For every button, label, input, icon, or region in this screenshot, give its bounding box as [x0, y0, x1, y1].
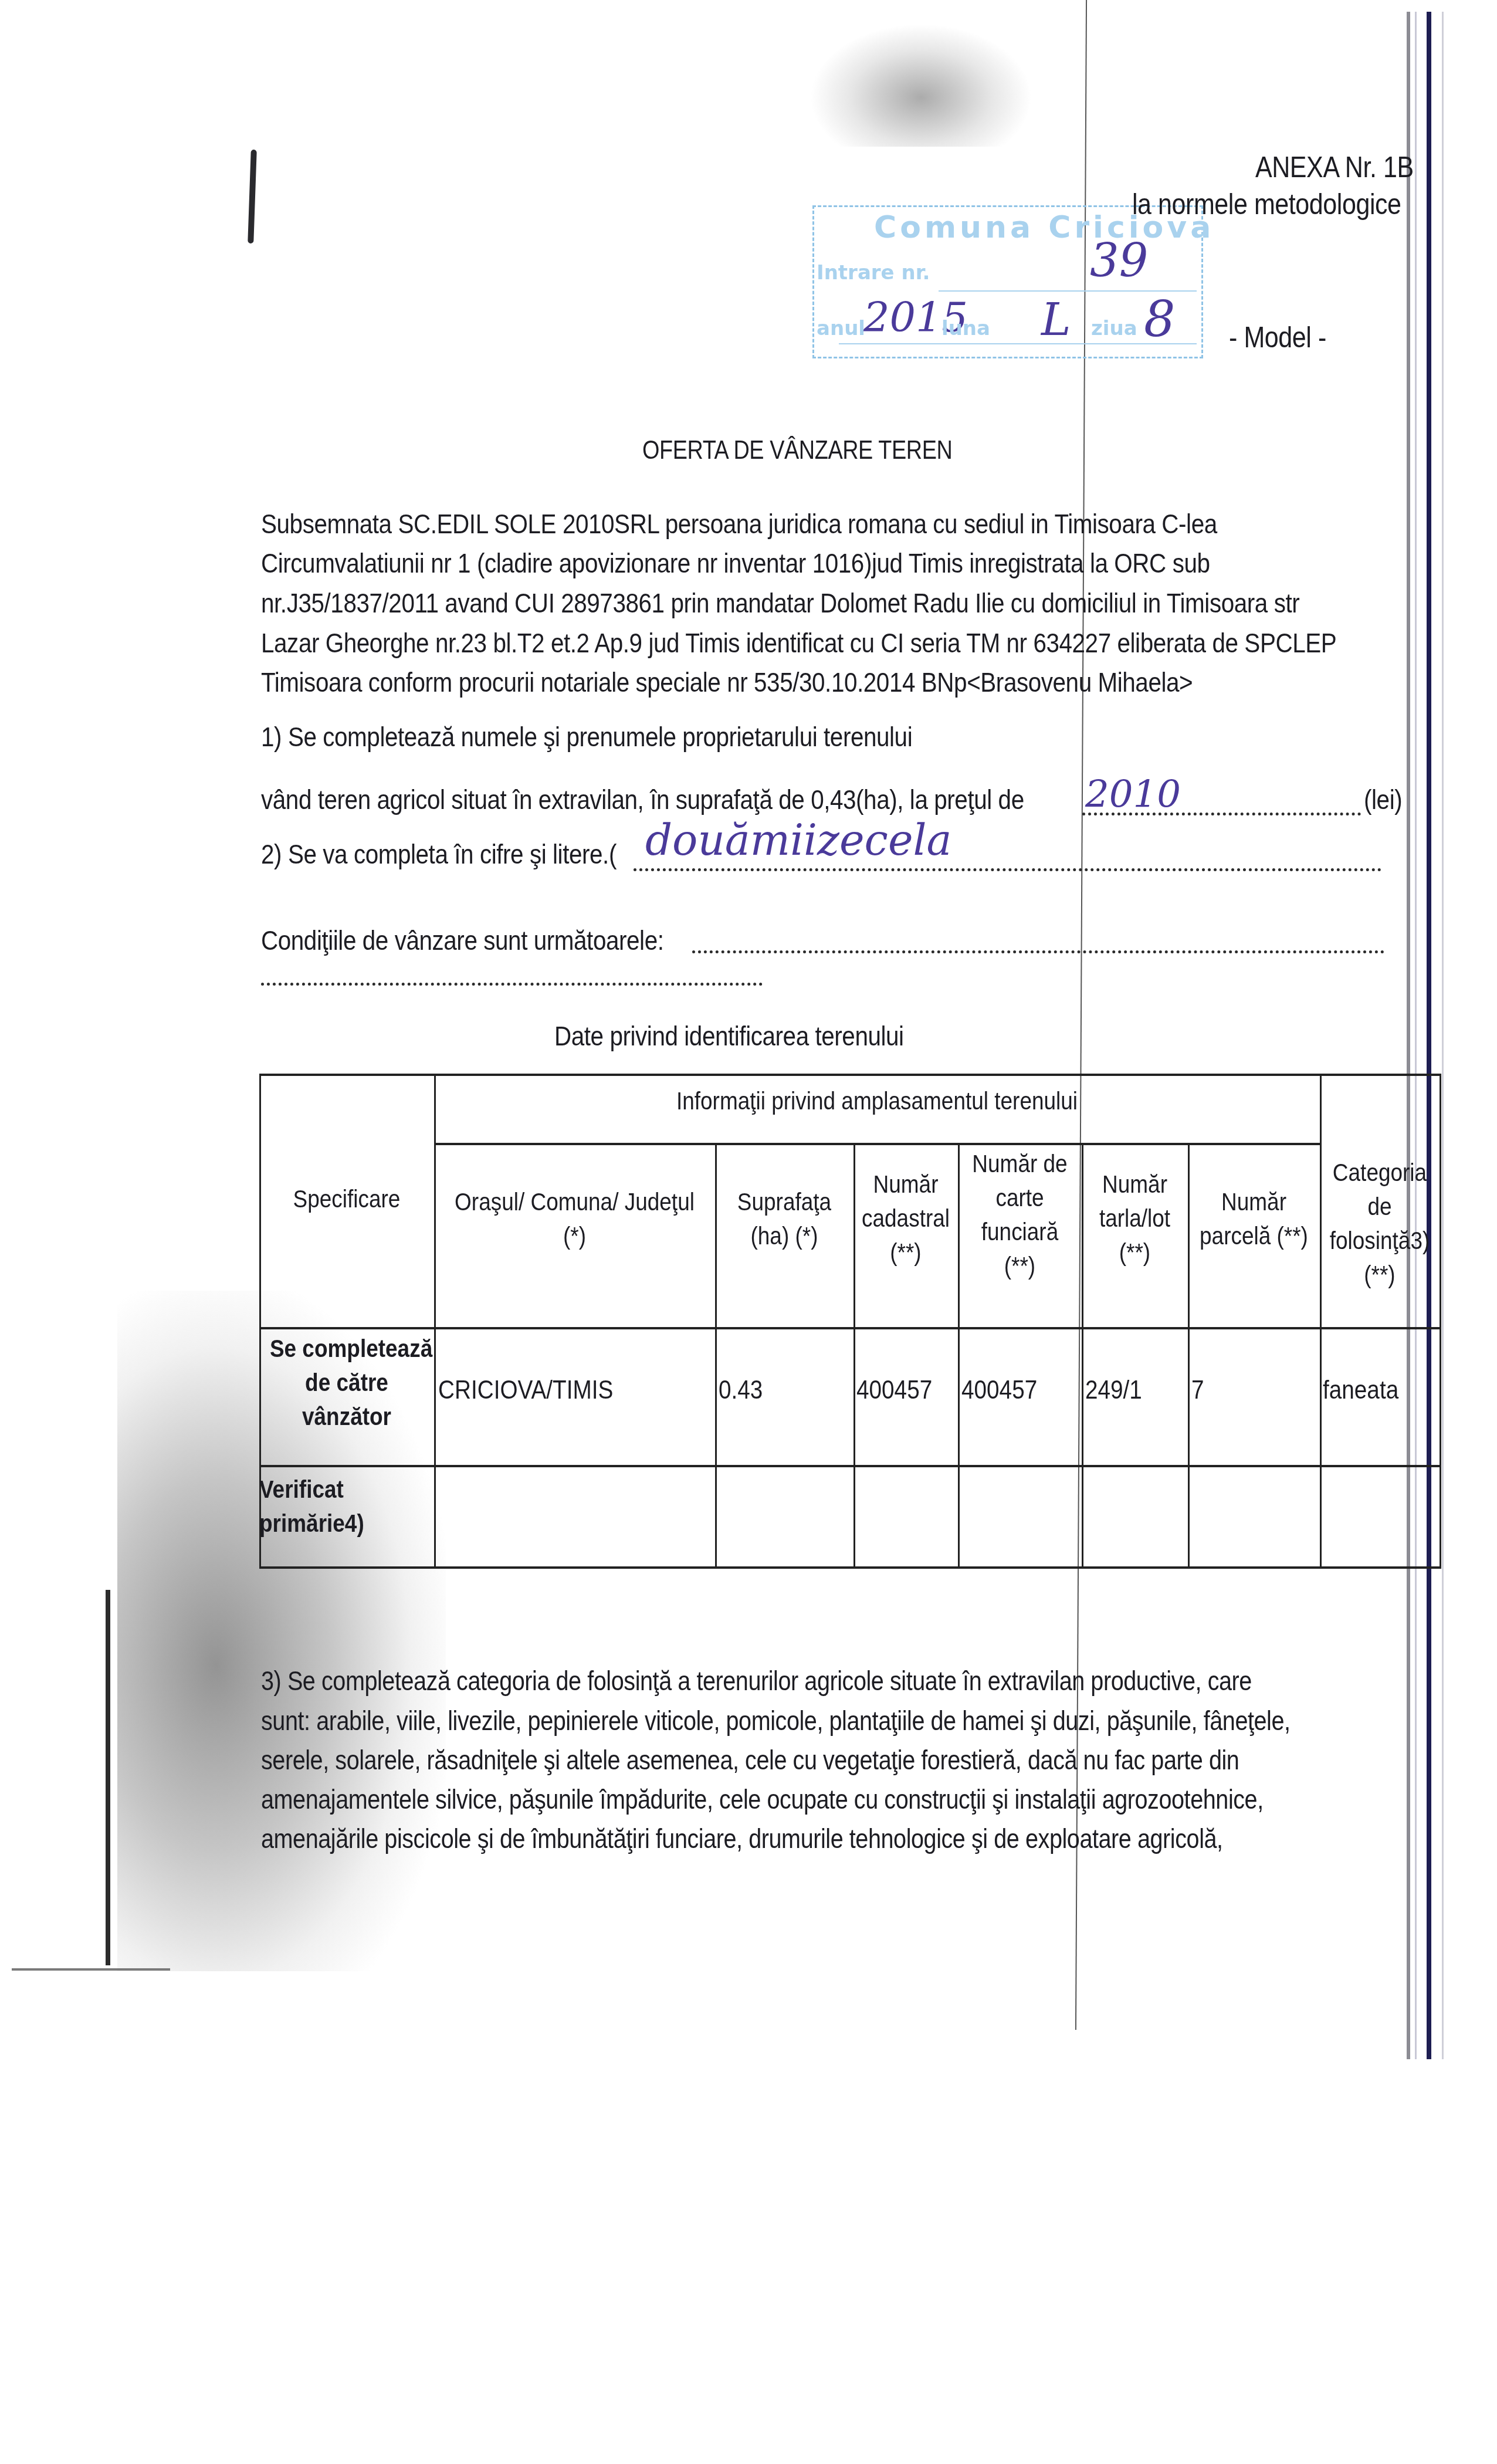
header-numar-parcela: Număr parcelă (**): [1196, 1185, 1312, 1253]
scan-edge-border: [1407, 12, 1410, 2059]
stamp-entry-label: Intrare nr.: [817, 261, 930, 285]
scan-edge-border: [1442, 12, 1444, 2059]
cell-carte-funciara[interactable]: 400457: [961, 1376, 1037, 1405]
price-words-field-dots: [634, 868, 1381, 871]
sale-statement: vând teren agricol situat în extravilan,…: [261, 783, 1024, 816]
scan-edge-bar: [106, 1590, 110, 1965]
row-label-verified: Verificat primărie4): [259, 1473, 373, 1541]
annex-subtitle: la normele metodologice: [1132, 187, 1401, 222]
annex-number: ANEXA Nr. 1B: [1255, 150, 1414, 185]
footnote-3-line: amenajamentele silvice, păşunile împădur…: [261, 1783, 1264, 1816]
table-border: [958, 1143, 960, 1568]
land-identification-table: Specificare Informaţii privind amplasame…: [259, 1074, 1441, 1568]
stamp-entry-number: 39: [1090, 235, 1148, 287]
cell-tarla-lot[interactable]: 249/1: [1085, 1376, 1142, 1405]
table-border: [259, 1074, 1441, 1076]
intro-line: Circumvalatiunii nr 1 (cladire apovizion…: [261, 547, 1210, 580]
intro-line: Lazar Gheorghe nr.23 bl.T2 et.2 Ap.9 jud…: [261, 627, 1336, 659]
cell-oras[interactable]: CRICIOVA/TIMIS: [438, 1376, 613, 1405]
table-border: [259, 1327, 1441, 1329]
header-categoria-folosinta: Categoria de folosinţă3) (**): [1327, 1156, 1432, 1292]
table-border: [715, 1143, 717, 1568]
intro-line: Subsemnata SC.EDIL SOLE 2010SRL persoana…: [261, 507, 1217, 540]
header-numar-cadastral: Număr cadastral (**): [860, 1167, 952, 1270]
header-numar-tarla-lot: Număr tarla/lot (**): [1088, 1167, 1181, 1270]
scan-bottom-edge: [12, 1968, 170, 1971]
stamp-day-label: ziua: [1091, 317, 1137, 340]
footnote-3-line: sunt: arabile, viile, livezile, pepinier…: [261, 1705, 1291, 1737]
footnote-3-line: serele, solarele, răsadniţele şi altele …: [261, 1744, 1239, 1776]
table-border: [1082, 1143, 1083, 1568]
table-border: [259, 1566, 1441, 1569]
price-currency: (lei): [1364, 783, 1402, 816]
table-border: [1440, 1074, 1441, 1568]
header-numar-carte-funciara: Număr de carte funciară (**): [966, 1147, 1075, 1283]
note-2: 2) Se va completa în cifre şi litere.(: [261, 838, 617, 871]
price-handwritten[interactable]: 2010: [1085, 773, 1181, 817]
stamp-month-label: luna: [941, 317, 990, 340]
header-suprafata: Suprafaţa (ha) (*): [723, 1185, 845, 1253]
table-border: [854, 1143, 855, 1568]
cell-numar-cadastral[interactable]: 400457: [856, 1376, 932, 1405]
scan-smudge-top: [810, 23, 1032, 147]
table-border: [434, 1074, 436, 1568]
conditions-field-dots[interactable]: [692, 950, 1384, 953]
cell-parcela[interactable]: 7: [1191, 1376, 1204, 1405]
stamp-year-label: anul: [817, 317, 865, 340]
section-title: Date privind identificarea terenului: [554, 1020, 904, 1052]
table-border: [434, 1143, 1320, 1145]
stamp-month: L: [1041, 293, 1071, 346]
stamp-rule: [839, 343, 1197, 344]
row-label-seller: Se completează de către vânzător: [270, 1332, 424, 1434]
header-group-location: Informaţii privind amplasamentul terenul…: [487, 1084, 1267, 1118]
cell-suprafata[interactable]: 0.43: [719, 1376, 763, 1405]
table-border: [1188, 1143, 1190, 1568]
intro-line: nr.J35/1837/2011 avand CUI 28973861 prin…: [261, 587, 1299, 620]
footnote-3-line: amenajările piscicole şi de îmbunătăţiri…: [261, 1823, 1223, 1855]
conditions-field-dots-2[interactable]: [261, 983, 763, 986]
table-border: [259, 1465, 1441, 1467]
header-oras: Oraşul/ Comuna/ Judeţul (*): [451, 1185, 699, 1253]
cell-categoria[interactable]: faneata: [1323, 1376, 1398, 1405]
footnote-3-line: 3) Se completează categoria de folosinţă…: [261, 1665, 1252, 1697]
pen-mark: [248, 150, 257, 243]
stamp-day: 8: [1144, 290, 1175, 348]
note-1: 1) Se completează numele şi prenumele pr…: [261, 720, 912, 753]
intro-line: Timisoara conform procurii notariale spe…: [261, 666, 1193, 699]
table-border: [1320, 1074, 1322, 1568]
model-label: - Model -: [1229, 320, 1326, 355]
scan-edge-border: [1415, 12, 1417, 2059]
scan-edge-border: [1427, 12, 1431, 2059]
conditions-label: Condiţiile de vânzare sunt următoarele:: [261, 924, 663, 957]
header-specificare: Specificare: [270, 1182, 424, 1216]
document-title: OFERTA DE VÂNZARE TEREN: [642, 435, 952, 466]
price-words-handwritten[interactable]: douămiizecela: [645, 815, 952, 865]
